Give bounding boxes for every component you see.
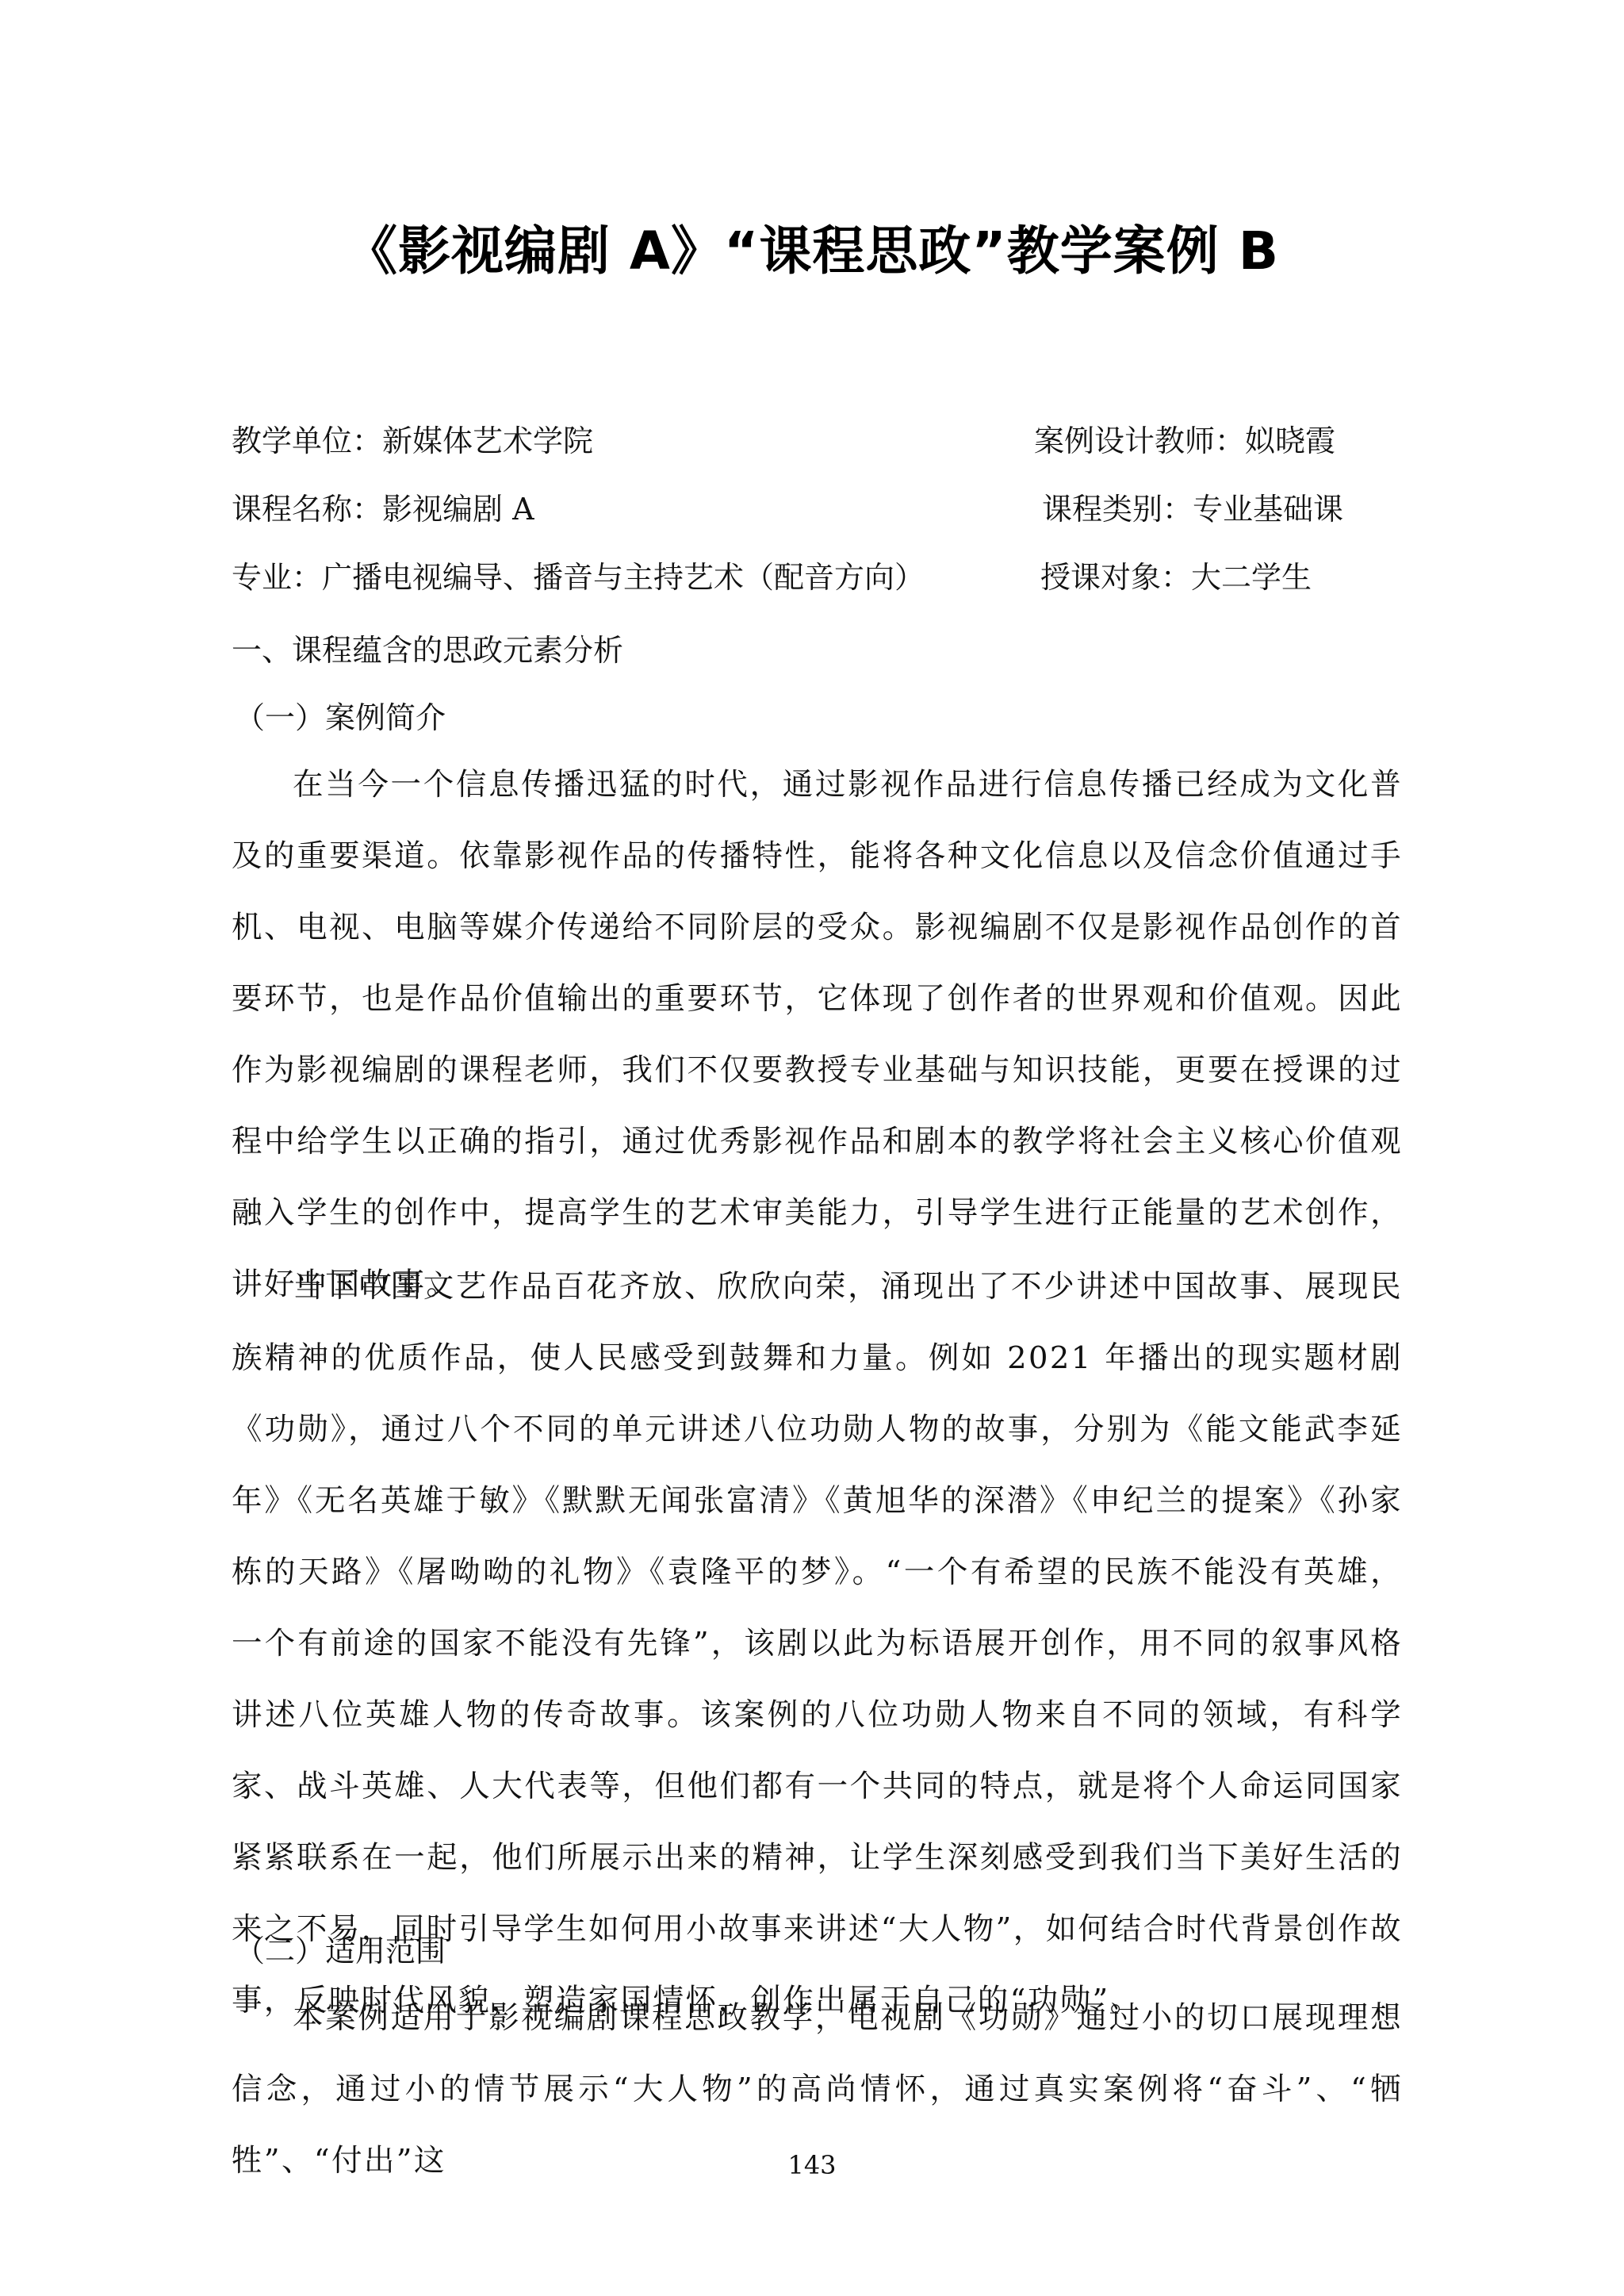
subsection-heading-scope: （二）适用范围 <box>235 1927 446 1975</box>
teaching-unit: 教学单位：新媒体艺术学院 <box>232 417 593 465</box>
document-title: 《影视编剧 A》“课程思政”教学案例 B <box>0 218 1624 285</box>
document-page: 《影视编剧 A》“课程思政”教学案例 B 教学单位：新媒体艺术学院 案例设计教师… <box>0 0 1624 2296</box>
course-category: 课程类别：专业基础课 <box>1042 485 1343 533</box>
section-heading-1: 一、课程蕴含的思政元素分析 <box>232 627 623 674</box>
info-row-unit: 教学单位：新媒体艺术学院 案例设计教师：姒晓霞 <box>232 417 1403 465</box>
paragraph-case-intro-1: 在当今一个信息传播迅猛的时代，通过影视作品进行信息传播已经成为文化普及的重要渠道… <box>232 749 1403 1320</box>
course-name: 课程名称：影视编剧 A <box>232 485 534 533</box>
target-audience: 授课对象：大二学生 <box>1040 554 1312 601</box>
subsection-heading-case-intro: （一）案例简介 <box>235 694 446 742</box>
major: 专业：广播电视编导、播音与主持艺术（配音方向） <box>232 554 925 601</box>
page-number: 143 <box>0 2148 1624 2183</box>
info-row-major: 专业：广播电视编导、播音与主持艺术（配音方向） 授课对象：大二学生 <box>232 554 1403 601</box>
case-designer: 案例设计教师：姒晓霞 <box>1034 417 1335 465</box>
paragraph-case-intro-2: 当下中国文艺作品百花齐放、欣欣向荣，涌现出了不少讲述中国故事、展现民族精神的优质… <box>232 1251 1403 2037</box>
info-row-course: 课程名称：影视编剧 A 课程类别：专业基础课 <box>232 485 1403 533</box>
